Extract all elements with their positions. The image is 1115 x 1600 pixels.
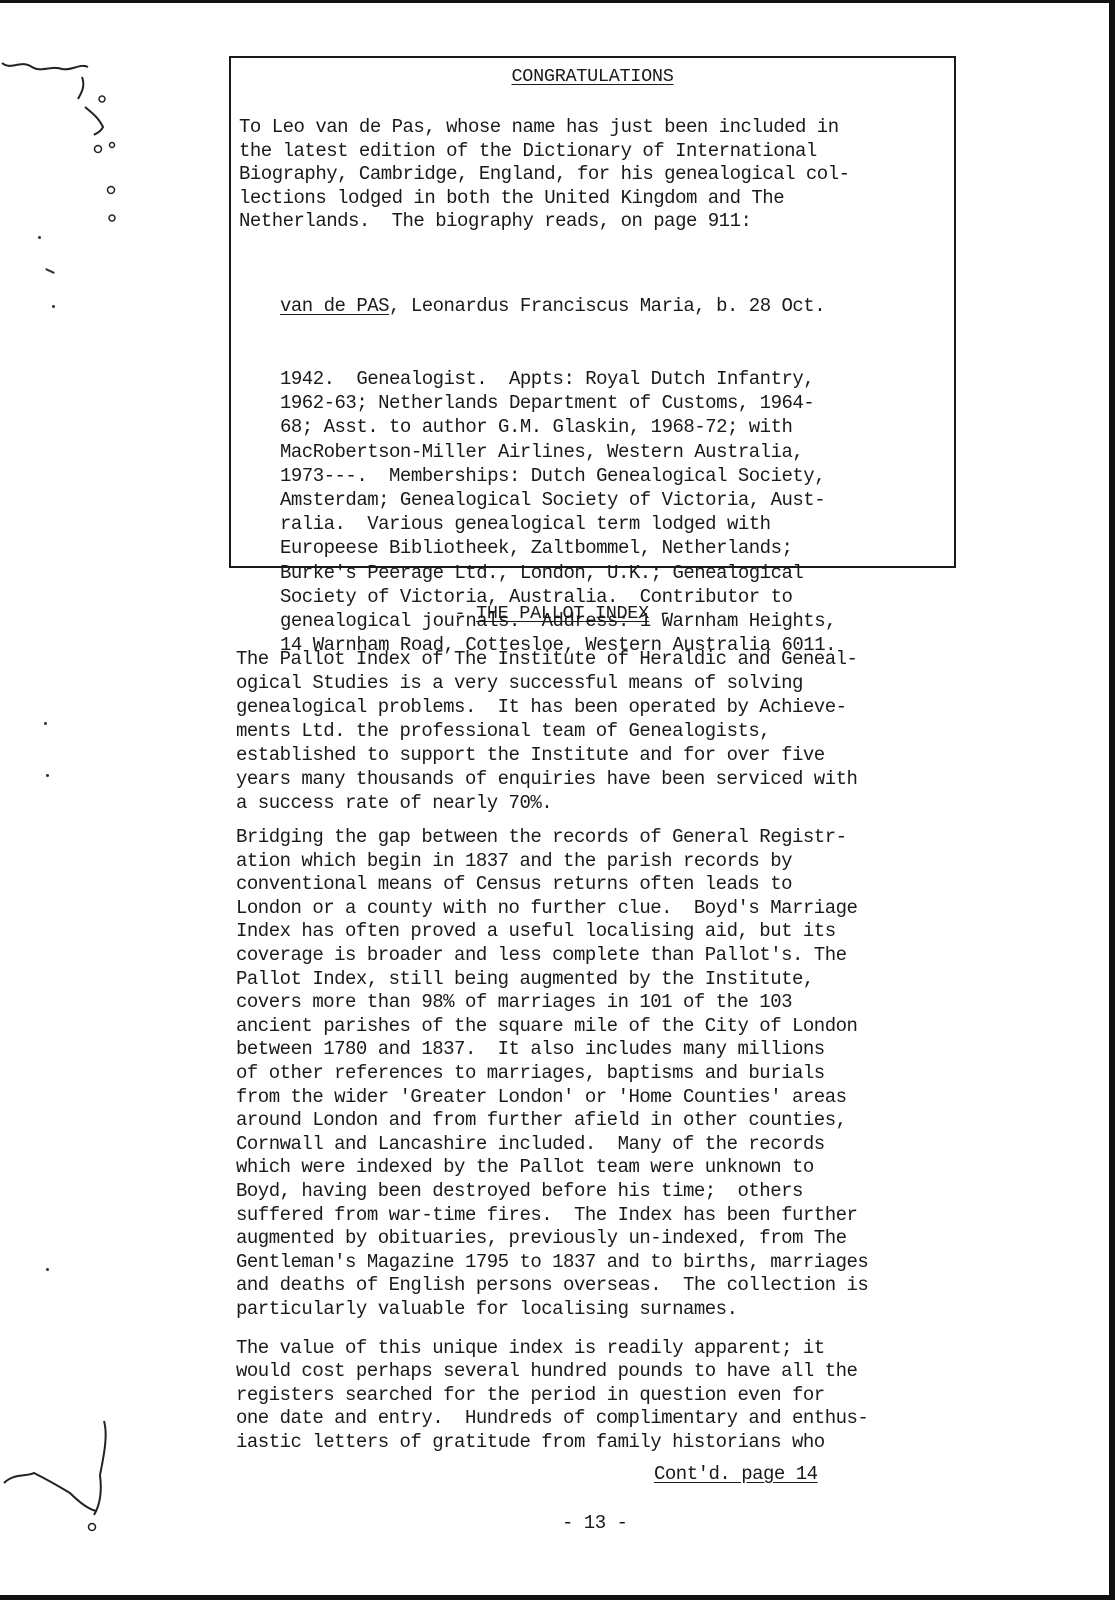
scan-edge-bottom <box>0 1595 1115 1600</box>
text-line: 68; Asst. to author G.M. Glaskin, 1968-7… <box>280 415 950 439</box>
text-line: ancient parishes of the square mile of t… <box>236 1015 996 1039</box>
text-line: would cost perhaps several hundred pound… <box>236 1360 996 1383</box>
scan-edge-right <box>1109 0 1115 1600</box>
text-line: Netherlands. The biography reads, on pag… <box>239 210 954 234</box>
text-line: around London and from further afield in… <box>236 1109 996 1133</box>
text-line: Index has often proved a useful localisi… <box>236 920 996 944</box>
text-line: Pallot Index, still being augmented by t… <box>236 968 996 992</box>
text-line: Europeese Bibliotheek, Zaltbommel, Nethe… <box>280 536 950 560</box>
scan-speck <box>38 236 41 239</box>
text-line: covers more than 98% of marriages in 101… <box>236 991 996 1015</box>
text-line: ation which begin in 1837 and the parish… <box>236 850 996 874</box>
scan-speck <box>45 268 55 274</box>
text-line: a success rate of nearly 70%. <box>236 791 996 815</box>
text-line: Biography, Cambridge, England, for his g… <box>239 163 954 187</box>
congratulations-intro: To Leo van de Pas, whose name has just b… <box>239 116 954 234</box>
text-line: augmented by obituaries, previously un-i… <box>236 1227 996 1251</box>
section-heading-pallot-index: - THE PALLOT INDEX - <box>0 603 1115 624</box>
congratulations-box: CONGRATULATIONS To Leo van de Pas, whose… <box>229 56 956 568</box>
pallot-paragraph-3: The value of this unique index is readil… <box>236 1337 996 1454</box>
text-line: years many thousands of enquiries have b… <box>236 767 996 791</box>
text-line: 1942. Genealogist. Appts: Royal Dutch In… <box>280 367 950 391</box>
scan-speck <box>46 1268 49 1271</box>
text-line: of other references to marriages, baptis… <box>236 1062 996 1086</box>
biography-entry: van de PAS, Leonardus Franciscus Maria, … <box>280 246 950 706</box>
text-line: 1962-63; Netherlands Department of Custo… <box>280 391 950 415</box>
text-line: which were indexed by the Pallot team we… <box>236 1156 996 1180</box>
scan-speck <box>44 722 47 725</box>
text-line: between 1780 and 1837. It also includes … <box>236 1038 996 1062</box>
text-line: conventional means of Census returns oft… <box>236 873 996 897</box>
text-line: ralia. Various genealogical term lodged … <box>280 512 950 536</box>
text-line: one date and entry. Hundreds of complime… <box>236 1407 996 1430</box>
text-line: registers searched for the period in que… <box>236 1384 996 1407</box>
pallot-paragraph-1: The Pallot Index of The Institute of Her… <box>236 647 996 815</box>
text-line: London or a county with no further clue.… <box>236 897 996 921</box>
scan-artifact-top-left <box>0 55 130 255</box>
bio-name: van de PAS <box>280 295 389 317</box>
text-line: The value of this unique index is readil… <box>236 1337 996 1360</box>
text-line: the latest edition of the Dictionary of … <box>239 140 954 164</box>
text-line: ments Ltd. the professional team of Gene… <box>236 719 996 743</box>
text-line: iastic letters of gratitude from family … <box>236 1431 996 1454</box>
text-line: Amsterdam; Genealogical Society of Victo… <box>280 488 950 512</box>
text-line: and deaths of English persons overseas. … <box>236 1274 996 1298</box>
text-line: Burke's Peerage Ltd., London, U.K.; Gene… <box>280 561 950 585</box>
text-line: suffered from war-time fires. The Index … <box>236 1204 996 1228</box>
scan-edge-top <box>0 0 1115 3</box>
text-line: from the wider 'Greater London' or 'Home… <box>236 1086 996 1110</box>
scan-speck <box>46 774 49 777</box>
text-line: The Pallot Index of The Institute of Her… <box>236 647 996 671</box>
page-number: - 13 - <box>562 1512 627 1534</box>
text-line: To Leo van de Pas, whose name has just b… <box>239 116 954 140</box>
text-line: Gentleman's Magazine 1795 to 1837 and to… <box>236 1251 996 1275</box>
text-line: Boyd, having been destroyed before his t… <box>236 1180 996 1204</box>
text-line: established to support the Institute and… <box>236 743 996 767</box>
text-line: genealogical problems. It has been opera… <box>236 695 996 719</box>
scan-artifact-bottom-left <box>0 1415 110 1535</box>
text-line: particularly valuable for localising sur… <box>236 1298 996 1322</box>
text-line: 1973---. Memberships: Dutch Genealogical… <box>280 464 950 488</box>
text-line: lections lodged in both the United Kingd… <box>239 187 954 211</box>
text-line: Cornwall and Lancashire included. Many o… <box>236 1133 996 1157</box>
text-line: coverage is broader and less complete th… <box>236 944 996 968</box>
text-line: MacRobertson-Miller Airlines, Western Au… <box>280 440 950 464</box>
text-line: ogical Studies is a very successful mean… <box>236 671 996 695</box>
congratulations-title: CONGRATULATIONS <box>231 66 954 87</box>
pallot-paragraph-2: Bridging the gap between the records of … <box>236 826 996 1321</box>
text-line: Bridging the gap between the records of … <box>236 826 996 850</box>
bio-first-line: van de PAS, Leonardus Franciscus Maria, … <box>280 294 950 318</box>
continued-link: Cont'd. page 14 <box>654 1463 818 1485</box>
scan-speck <box>52 305 55 308</box>
